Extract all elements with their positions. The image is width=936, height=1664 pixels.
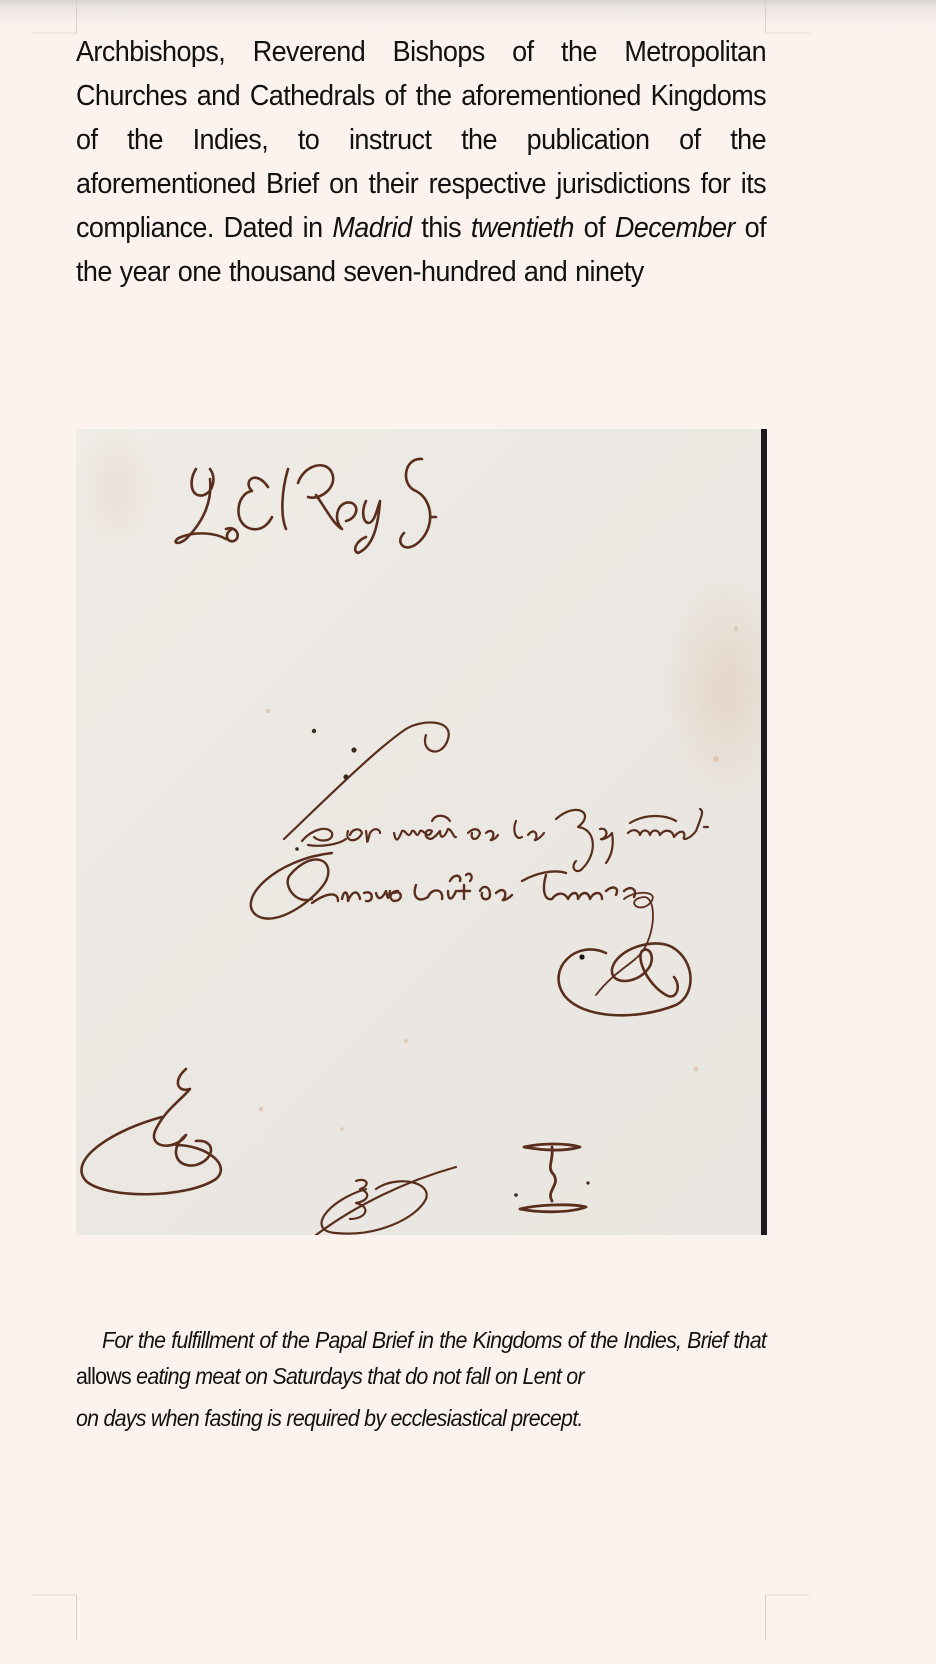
caption-upright-word: allows <box>76 1363 136 1389</box>
body-text-part: of <box>574 212 615 244</box>
page-corner-mark-bottom-left <box>32 1594 77 1640</box>
date-day: twentieth <box>471 212 574 244</box>
caption-line-1: For the fulfillment of the Papal Brief i… <box>102 1327 681 1353</box>
caption-line-3: on days when fasting is required by eccl… <box>76 1400 766 1436</box>
rubric-1 <box>559 943 691 1015</box>
handwriting-yo-el-rey <box>176 459 436 553</box>
handwriting-line-1 <box>302 809 708 871</box>
caption-line-2-start: Brief that <box>687 1327 766 1353</box>
document-page: Archbishops, Reverend Bishops of the Met… <box>76 30 766 294</box>
page-corner-mark-top-right <box>765 0 810 34</box>
rubric-3 <box>316 1167 456 1235</box>
caption-line-2-end: eating meat on Saturdays that do not fal… <box>136 1363 584 1389</box>
manuscript-scan-image <box>76 429 767 1235</box>
body-paragraph: Archbishops, Reverend Bishops of the Met… <box>76 30 766 294</box>
scan-dark-edge <box>761 429 767 1235</box>
figure-caption: For the fulfillment of the Papal Brief i… <box>76 1322 718 1436</box>
place-name: Madrid <box>332 212 411 244</box>
handwriting-strokes <box>76 429 767 1235</box>
rubric-2 <box>81 1069 220 1194</box>
page-corner-mark-top-left <box>32 0 77 34</box>
handwriting-line-2 <box>251 853 635 919</box>
date-month: December <box>615 212 735 244</box>
page-corner-mark-bottom-right <box>765 1594 810 1640</box>
rubric-4 <box>520 1144 586 1212</box>
body-text-part: this <box>411 212 470 244</box>
